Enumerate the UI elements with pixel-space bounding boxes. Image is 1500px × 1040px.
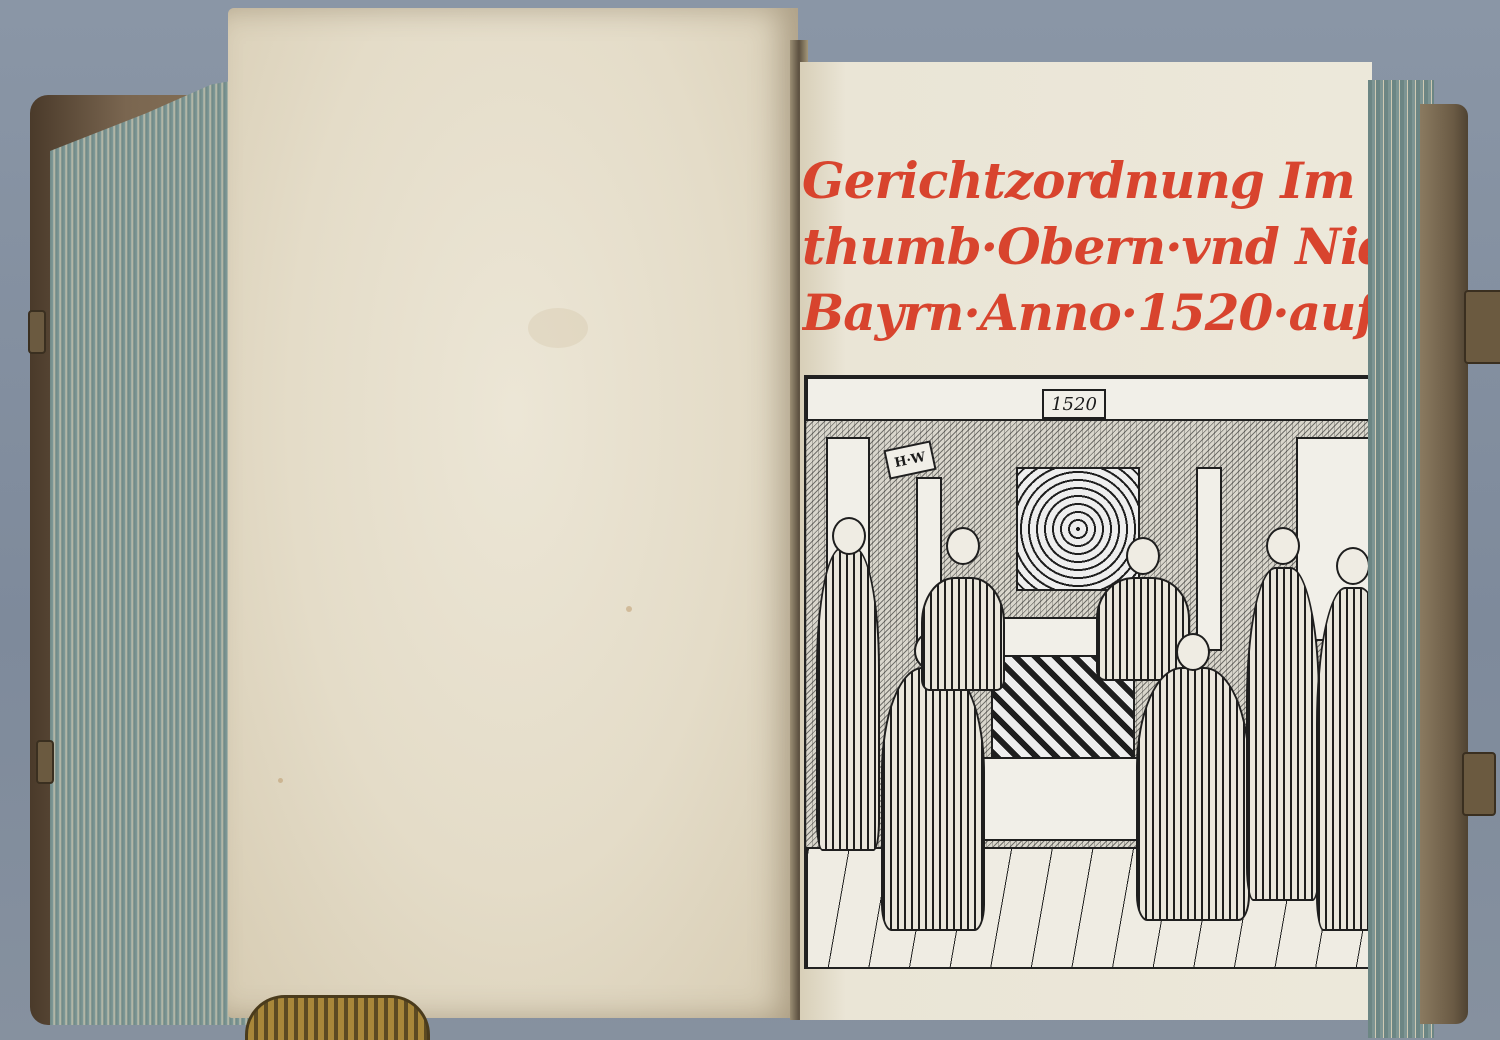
woodcut-figure-head bbox=[946, 527, 980, 565]
woodcut-figure-head bbox=[832, 517, 866, 555]
woodcut-figure-noble bbox=[921, 577, 1005, 691]
clasp-right-upper bbox=[1464, 290, 1500, 364]
year-plaque: 1520 bbox=[1042, 389, 1106, 419]
title-line-3: Bayrn·Anno·1520·aufgericht bbox=[802, 280, 1372, 346]
foxing-spot bbox=[626, 606, 632, 612]
page-title: Gerichtzordnung Im fürstn= thumb·Obern·v… bbox=[802, 148, 1372, 346]
monogram-tablet: H·W bbox=[883, 440, 936, 479]
woodcut-figure-head bbox=[1126, 537, 1160, 575]
woodcut-figure-head bbox=[1266, 527, 1300, 565]
clasp-left-upper bbox=[28, 310, 46, 354]
woodcut-figure-head bbox=[1336, 547, 1370, 585]
left-page-blank bbox=[228, 8, 798, 1018]
right-page: Gerichtzordnung Im fürstn= thumb·Obern·v… bbox=[800, 62, 1372, 1020]
year-plaque-text: 1520 bbox=[1051, 394, 1097, 415]
woodcut-figure-head bbox=[1176, 633, 1210, 671]
woodcut-figure-judge bbox=[1096, 577, 1190, 681]
monogram-text: H·W bbox=[893, 449, 927, 470]
right-book-cover bbox=[1420, 104, 1468, 1024]
woodcut-figure bbox=[1246, 567, 1320, 901]
woodcut-figure bbox=[816, 547, 880, 851]
title-line-1: Gerichtzordnung Im fürstn= bbox=[802, 148, 1372, 214]
paper-stain bbox=[528, 308, 588, 348]
clasp-left-lower bbox=[36, 740, 54, 784]
brass-clasp-bottom bbox=[245, 995, 430, 1040]
woodcut-figure-robed bbox=[881, 667, 985, 931]
woodcut-window bbox=[1016, 467, 1140, 591]
foxing-spot bbox=[278, 778, 283, 783]
title-line-2: thumb·Obern·vnd Nidern bbox=[802, 214, 1372, 280]
woodcut-figure-robed bbox=[1136, 667, 1250, 921]
woodcut-column-right bbox=[1196, 467, 1222, 651]
woodcut-illustration: 1520 H·W bbox=[804, 375, 1394, 969]
clasp-right-lower bbox=[1462, 752, 1496, 816]
